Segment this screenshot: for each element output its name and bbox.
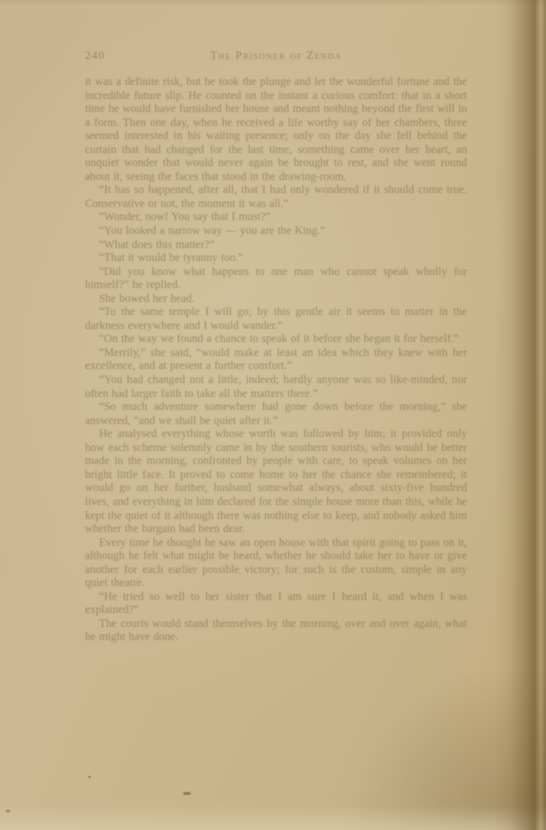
ink-speck: [88, 776, 91, 778]
running-title: The Prisoner of Zenda: [85, 50, 467, 62]
paragraph: The courts would stand themselves by the…: [85, 618, 467, 645]
paragraph: “He tried so well to her sister that I a…: [85, 591, 467, 618]
paragraph: “You looked a narrow way — you are the K…: [85, 225, 467, 239]
page-edge-shadow: [494, 0, 546, 830]
paragraph: “Did you know what happens to one man wh…: [85, 266, 467, 293]
paragraph: “So much adventure somewhere had gone do…: [85, 401, 467, 428]
paragraph: “Merrily,” she said, “would make at leas…: [85, 347, 467, 374]
paragraph: “It has so happened, after all, that I h…: [85, 184, 467, 211]
paragraph: “You had changed not a little, indeed; h…: [85, 374, 467, 401]
paragraph: “That it would be tyranny too.”: [85, 252, 467, 266]
ink-speck: [6, 810, 10, 812]
paragraph: He analysed everything whose worth was f…: [85, 428, 467, 536]
paragraph: She bowed her head.: [85, 293, 467, 307]
paragraph: Every time he thought he saw an open hou…: [85, 537, 467, 591]
page-top-shade: [0, 0, 546, 6]
paragraph: “To the same temple I will go; by this g…: [85, 306, 467, 333]
paragraph: it was a definite risk, but he took the …: [85, 76, 467, 184]
paragraph: “On the way we found a chance to speak o…: [85, 333, 467, 347]
scanned-book-page: 240 The Prisoner of Zenda it was a defin…: [0, 0, 546, 830]
paragraph: “Wonder, now! You say that I must?”: [85, 211, 467, 225]
paragraph: “What does this matter?”: [85, 239, 467, 253]
page-header: 240 The Prisoner of Zenda: [85, 50, 467, 66]
ink-speck: [183, 792, 191, 795]
body-text: it was a definite risk, but he took the …: [85, 76, 467, 645]
